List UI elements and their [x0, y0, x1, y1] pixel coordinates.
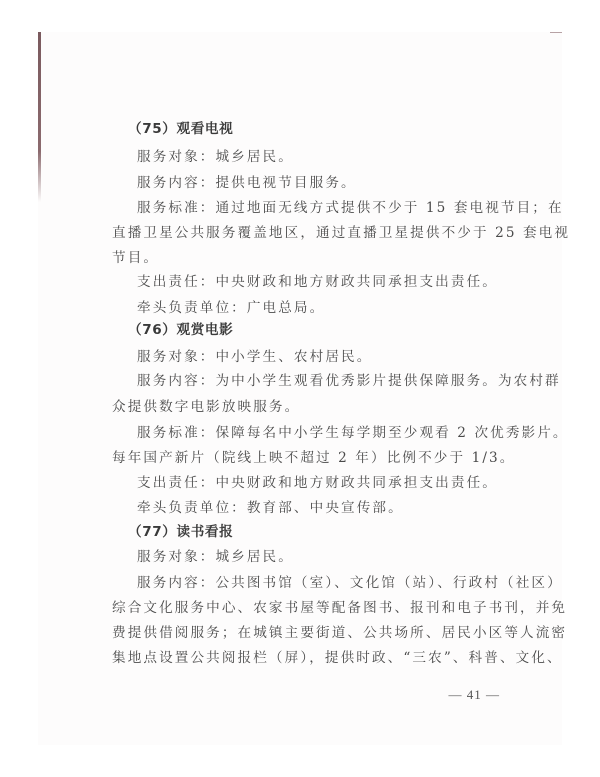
paragraph-line: 直播卫星公共服务覆盖地区，通过直播卫星提供不少于 25 套电视	[112, 223, 492, 243]
paragraph-line: 节目。	[112, 248, 492, 268]
paragraph-line: 支出责任：中央财政和地方财政共同承担支出责任。	[137, 473, 492, 493]
paragraph-line: 服务对象：城乡居民。	[137, 547, 492, 567]
paragraph-line: 服务内容：为中小学生观看优秀影片提供保障服务。为农村群	[137, 371, 492, 391]
paragraph-line: 集地点设置公共阅报栏（屏），提供时政、“三农”、科普、文化、	[112, 648, 492, 668]
corner-mark	[550, 32, 562, 33]
paragraph-line: 众提供数字电影放映服务。	[112, 397, 492, 417]
paragraph-line: 牵头负责单位：教育部、中央宣传部。	[137, 498, 492, 518]
paragraph-line: 服务内容：提供电视节目服务。	[137, 173, 492, 193]
paragraph-line: 服务标准：保障每名中小学生每学期至少观看 2 次优秀影片。	[137, 423, 492, 443]
section-heading-77: （77）读书看报	[128, 522, 508, 542]
paragraph-line: 综合文化服务中心、农家书屋等配备图书、报刊和电子书刊，并免	[112, 598, 492, 618]
paragraph-line: 服务对象：城乡居民。	[137, 147, 492, 167]
section-heading-76: （76）观赏电影	[128, 320, 508, 340]
paragraph-line: 服务对象：中小学生、农村居民。	[137, 347, 492, 367]
page-binding-edge	[38, 32, 41, 202]
paragraph-line: 服务内容：公共图书馆（室）、文化馆（站）、行政村（社区）	[137, 573, 492, 593]
paragraph-line: 牵头负责单位：广电总局。	[137, 298, 492, 318]
paragraph-line: 费提供借阅服务；在城镇主要街道、公共场所、居民小区等人流密	[112, 623, 492, 643]
paragraph-line: 服务标准：通过地面无线方式提供不少于 15 套电视节目；在	[137, 198, 492, 218]
paragraph-line: 每年国产新片（院线上映不超过 2 年）比例不少于 1/3。	[112, 448, 492, 468]
section-heading-75: （75）观看电视	[128, 119, 508, 139]
paragraph-line: 支出责任：中央财政和地方财政共同承担支出责任。	[137, 272, 492, 292]
page-number: — 41 —	[420, 685, 500, 705]
